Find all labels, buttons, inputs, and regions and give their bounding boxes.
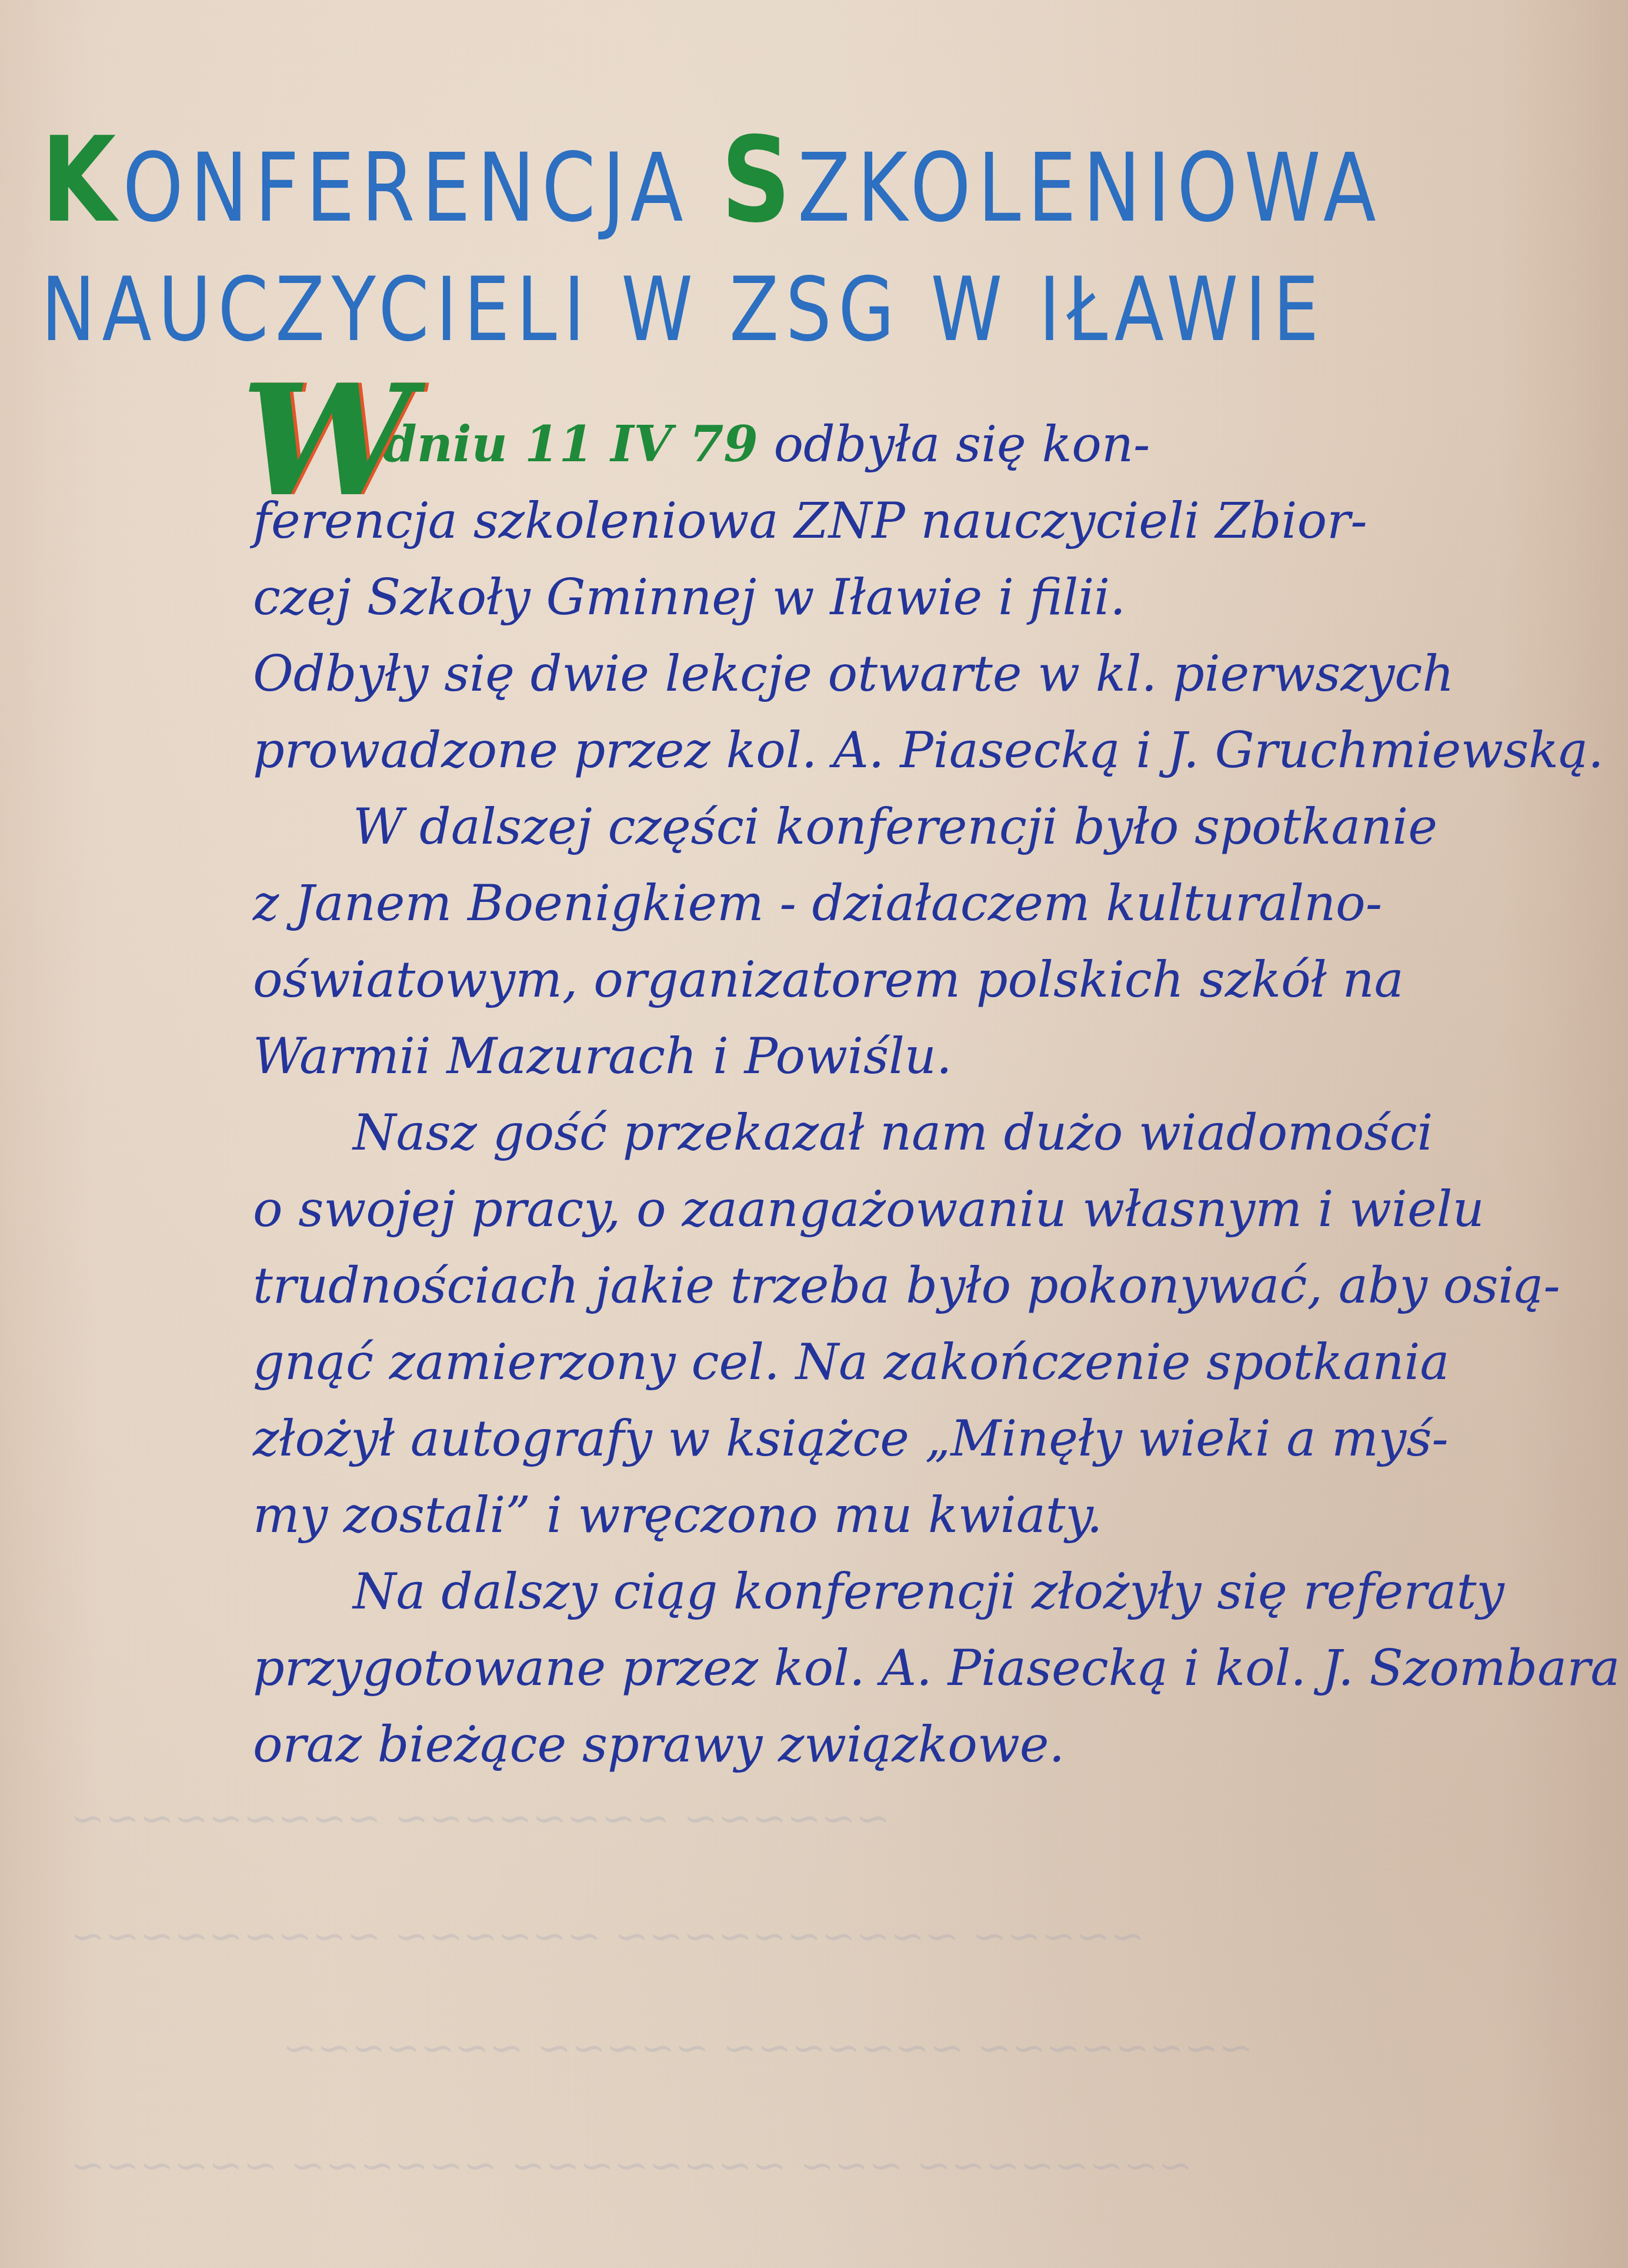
entry-line: złożył autografy w książce „Minęły wieki… [253,1400,1582,1477]
title-text: ZKOLENIOWA [798,133,1383,243]
bleed-through-text: ~~~~~~ ~~~~~~~~ ~~~~~~~~~ [71,1794,890,1843]
title-text: ONFERENCJA [123,133,722,243]
entry-line: prowadzone przez kol. A. Piasecką i J. G… [253,712,1582,788]
drop-cap-w: W [241,365,413,518]
entry-line: ferencja szkoleniowa ZNP nauczycieli Zbi… [253,482,1582,559]
entry-line: Warmii Mazurach i Powiślu. [253,1018,1582,1094]
entry-line: W dalszej części konferencji było spotka… [253,788,1582,865]
entry-line: Odbyły się dwie lekcje otwarte w kl. pie… [253,635,1582,712]
document-page: ~~~~~~ ~~~~~~~~ ~~~~~~~~~ ~~~~~ ~~~~~~~~… [0,0,1628,2268]
entry-line: z Janem Boenigkiem - działaczem kultural… [253,865,1582,941]
title-initial-s: S [721,112,798,249]
entry-line: przygotowane przez kol. A. Piasecką i ko… [253,1630,1582,1706]
entry-line: Na dalszy ciąg konferencji złożyły się r… [253,1553,1582,1630]
entry-line: my zostali” i wręczono mu kwiaty. [253,1477,1582,1553]
entry-line: oraz bieżące sprawy związkowe. [253,1706,1582,1783]
entry-line: Nasz gość przekazał nam dużo wiadomości [253,1094,1582,1171]
entry-date: dniu 11 IV 79 [382,415,758,473]
title-initial-k: K [41,112,123,249]
entry-line-1: W dniu 11 IV 79 odbyła się kon- [253,406,1582,482]
entry-line: trudnościach jakie trzeba było pokonywać… [253,1247,1582,1324]
bleed-through-text: ~~~~~ ~~~~~~~~~~ ~~~~~~ ~~~~~~~~~ [71,1912,1145,1960]
page-title-line-2: NAUCZYCIELI W ZSG W IŁAWIE [41,259,1326,361]
page-title-line-1: KONFERENCJA SZKOLENIOWA [41,112,1383,249]
bleed-through-text: ~~~~~~~~ ~~~ ~~~~~~~~ ~~~~~~ ~~~~~~ [71,2142,1192,2190]
handwritten-entry: W dniu 11 IV 79 odbyła się kon- ferencja… [253,406,1582,1783]
entry-line: gnąć zamierzony cel. Na zakończenie spot… [253,1324,1582,1400]
entry-line: czej Szkoły Gminnej w Iławie i filii. [253,559,1582,635]
entry-text: odbyła się kon- [773,415,1150,473]
bleed-through-text: ~~~~~~~~ ~~~~~~~ ~~~~~ ~~~~~~~ [282,2024,1253,2072]
entry-line: oświatowym, organizatorem polskich szkół… [253,941,1582,1018]
entry-line: o swojej pracy, o zaangażowaniu własnym … [253,1171,1582,1247]
